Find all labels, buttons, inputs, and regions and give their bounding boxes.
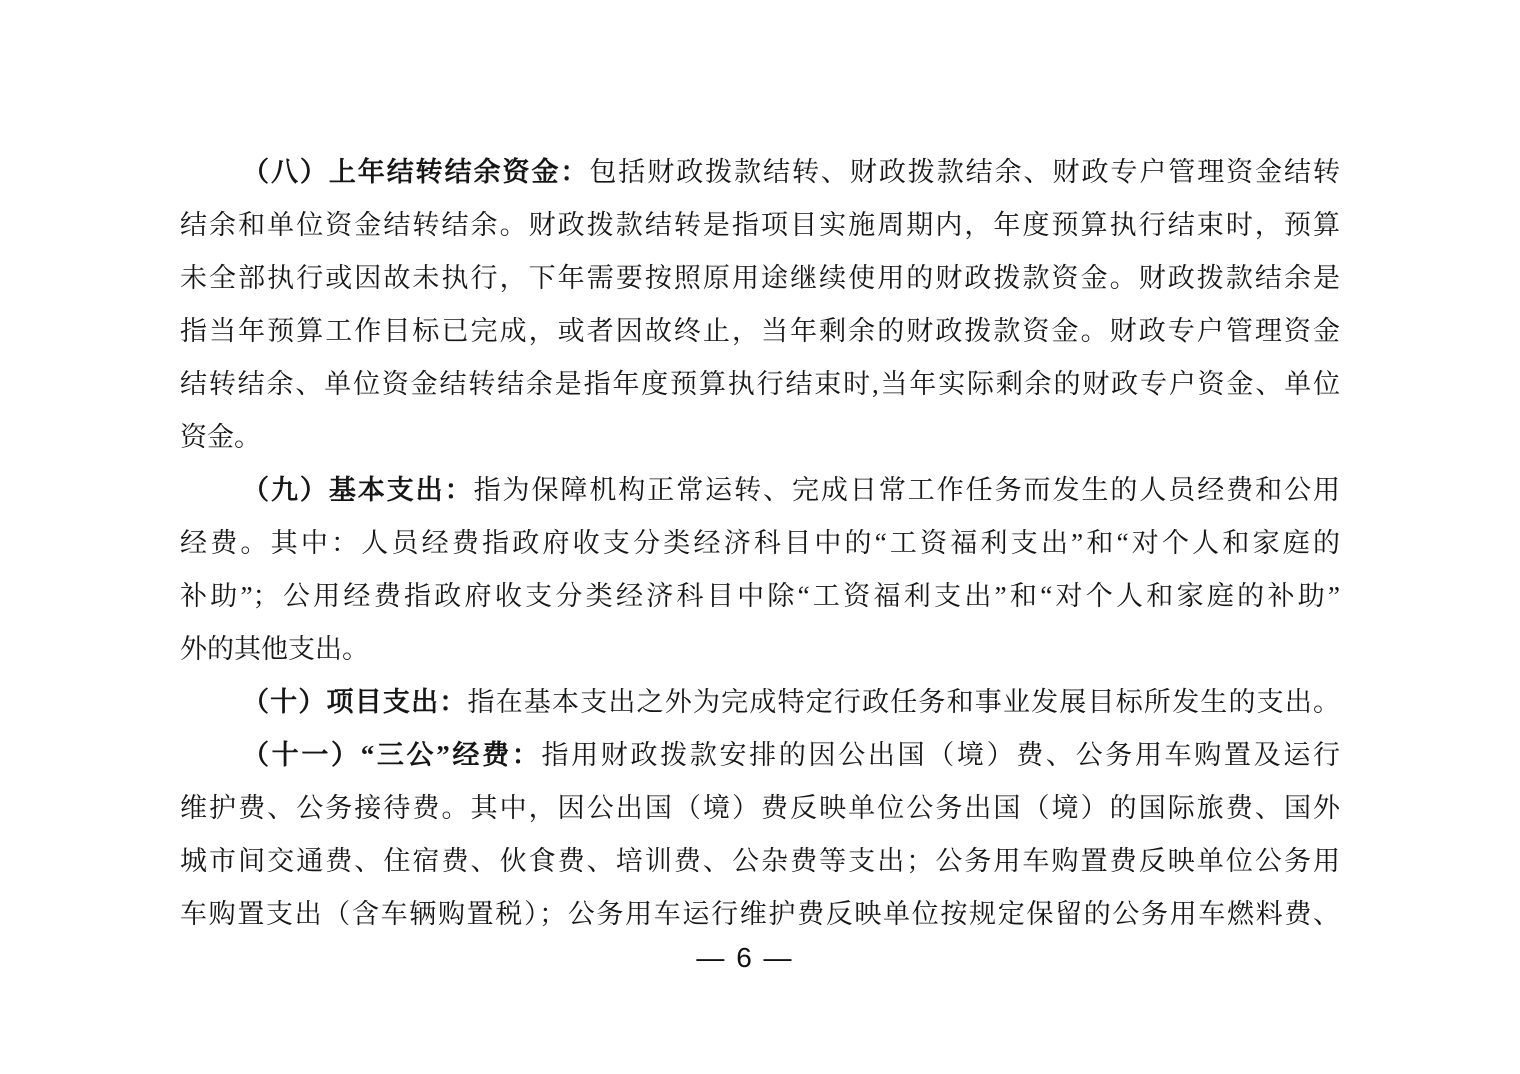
text-line: 车购置支出（含车辆购置税）；公务用车运行维护费反映单位按规定保留的公务用车燃料费… (180, 888, 1340, 941)
text-line: 城市间交通费、住宿费、伙食费、培训费、公杂费等支出；公务用车购置费反映单位公务用 (180, 835, 1340, 888)
paragraph-section-11: （十一）“三公”经费：指用财政拨款安排的因公出国（境）费、公务用车购置及运行维护… (180, 729, 1340, 941)
paragraph-section-8: （八）上年结转结余资金：包括财政拨款结转、财政拨款结余、财政专户管理资金结转结余… (180, 146, 1340, 464)
page-number: — 6 — (0, 938, 1490, 978)
paragraph-section-10: （十）项目支出：指在基本支出之外为完成特定行政任务和事业发展目标所发生的支出。 (180, 676, 1340, 729)
paragraph-section-9: （九）基本支出：指为保障机构正常运转、完成日常工作任务而发生的人员经费和公用经费… (180, 464, 1340, 676)
text-line: 未全部执行或因故未执行，下年需要按照原用途继续使用的财政拨款资金。财政拨款结余是 (180, 252, 1340, 305)
text-line: 经费。其中：人员经费指政府收支分类经济科目中的“工资福利支出”和“对个人和家庭的 (180, 517, 1340, 570)
document-body: （八）上年结转结余资金：包括财政拨款结转、财政拨款结余、财政专户管理资金结转结余… (180, 146, 1340, 941)
text-line: 外的其他支出。 (180, 623, 1340, 676)
section-heading: （十）项目支出： (242, 687, 467, 717)
text-line: （八）上年结转结余资金：包括财政拨款结转、财政拨款结余、财政专户管理资金结转 (180, 146, 1340, 199)
section-heading: （八）上年结转结余资金： (242, 157, 589, 187)
text-line: 资金。 (180, 411, 1340, 464)
text-line: 维护费、公务接待费。其中，因公出国（境）费反映单位公务出国（境）的国际旅费、国外 (180, 782, 1340, 835)
text-line: 指当年预算工作目标已完成，或者因故终止，当年剩余的财政拨款资金。财政专户管理资金 (180, 305, 1340, 358)
section-heading: （九）基本支出： (242, 475, 474, 505)
text-line: （十一）“三公”经费：指用财政拨款安排的因公出国（境）费、公务用车购置及运行 (180, 729, 1340, 782)
text-line: （九）基本支出：指为保障机构正常运转、完成日常工作任务而发生的人员经费和公用 (180, 464, 1340, 517)
document-page: （八）上年结转结余资金：包括财政拨款结转、财政拨款结余、财政专户管理资金结转结余… (0, 0, 1520, 1074)
section-heading: （十一）“三公”经费： (242, 740, 541, 770)
text-line: （十）项目支出：指在基本支出之外为完成特定行政任务和事业发展目标所发生的支出。 (180, 676, 1340, 729)
text-line: 补助”；公用经费指政府收支分类经济科目中除“工资福利支出”和“对个人和家庭的补助… (180, 570, 1340, 623)
text-line: 结余和单位资金结转结余。财政拨款结转是指项目实施周期内，年度预算执行结束时，预算 (180, 199, 1340, 252)
text-line: 结转结余、单位资金结转结余是指年度预算执行结束时,当年实际剩余的财政专户资金、单… (180, 358, 1340, 411)
